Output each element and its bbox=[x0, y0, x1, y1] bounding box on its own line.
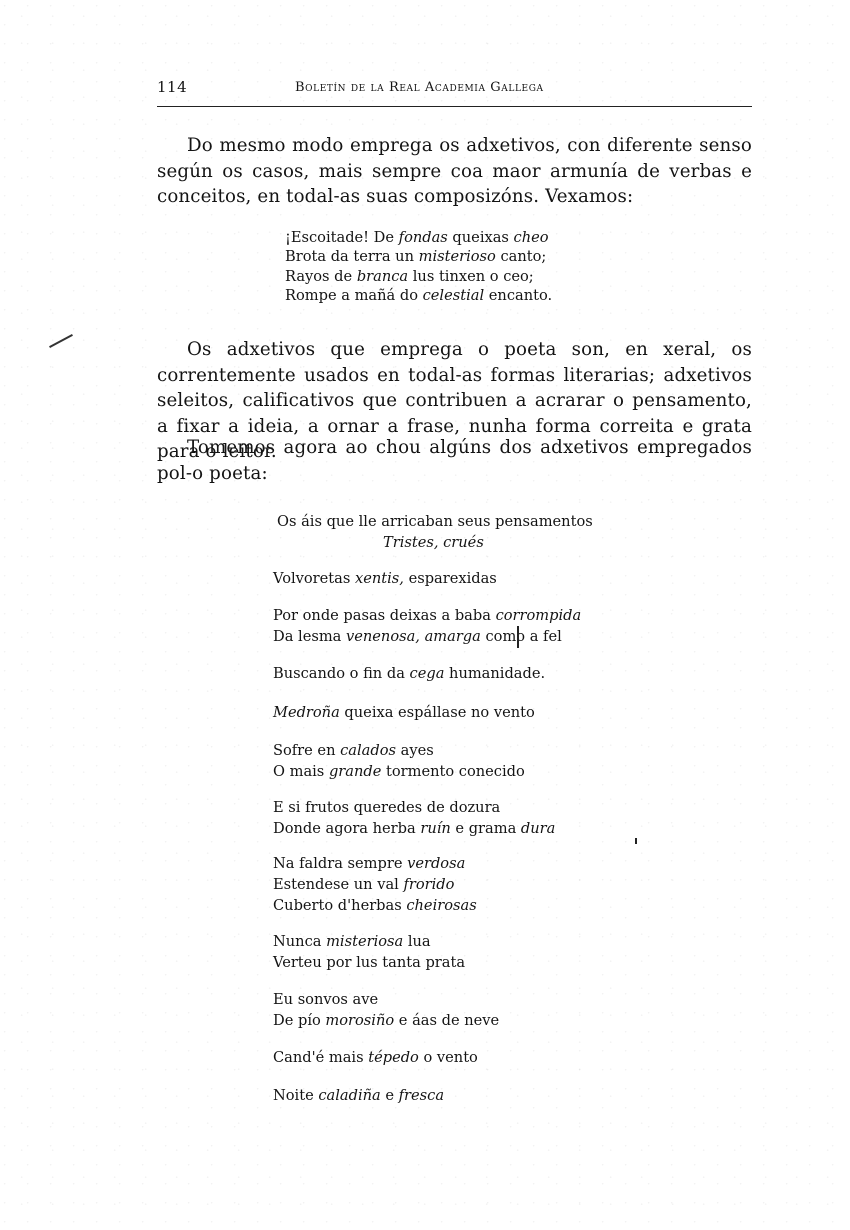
verse-line: Estendese un val frorido bbox=[273, 874, 477, 895]
highlighted-adjective: verdosa bbox=[407, 855, 465, 872]
highlighted-adjective: caladiña bbox=[318, 1087, 380, 1104]
verse-line: Noite caladiña e fresca bbox=[273, 1085, 444, 1106]
verse-text: E si frutos queredes de dozura bbox=[273, 799, 500, 816]
quotation-block: Nunca misteriosa luaVerteu por lus tanta… bbox=[273, 931, 465, 973]
verse-text: e grama bbox=[451, 820, 521, 837]
highlighted-adjective: Tristes, crués bbox=[383, 534, 484, 551]
verse-text: Volvoretas bbox=[273, 570, 355, 587]
quotation-block: Eu sonvos aveDe pío morosiño e áas de ne… bbox=[273, 989, 499, 1031]
verse-line: O mais grande tormento conecido bbox=[273, 761, 525, 782]
highlighted-adjective: corrompida bbox=[496, 607, 582, 624]
highlighted-adjective: cheo bbox=[514, 229, 549, 246]
ink-stroke-mark bbox=[517, 626, 519, 648]
verse-line: Verteu por lus tanta prata bbox=[273, 952, 465, 973]
verse-text: canto; bbox=[496, 248, 546, 265]
highlighted-adjective: branca bbox=[357, 268, 408, 285]
verse-text: Por onde pasas deixas a baba bbox=[273, 607, 496, 624]
quotation-block: Sofre en calados ayesO mais grande torme… bbox=[273, 740, 525, 782]
running-head: 114 Boletín de la Real Academia Gallega bbox=[157, 78, 752, 100]
highlighted-adjective: ruín bbox=[420, 820, 450, 837]
highlighted-adjective: misterioso bbox=[419, 248, 496, 265]
verse-text: lus tinxen o ceo; bbox=[408, 268, 534, 285]
verse-text: ayes bbox=[396, 742, 434, 759]
highlighted-adjective: frorido bbox=[403, 876, 454, 893]
verse-text: Buscando o fin da bbox=[273, 665, 410, 682]
verse-line: Tristes, crués bbox=[277, 532, 593, 553]
verse-text: Brota da terra un bbox=[285, 248, 419, 265]
verse-text: queixa espállase no vento bbox=[340, 704, 535, 721]
scanned-page: 114 Boletín de la Real Academia Gallega … bbox=[0, 0, 850, 1230]
verse-text: Sofre en bbox=[273, 742, 340, 759]
verse-text: e bbox=[381, 1087, 399, 1104]
quotation-block: Buscando o fin da cega humanidade. bbox=[273, 663, 545, 684]
verse-text: tormento conecido bbox=[381, 763, 524, 780]
verse-line: Os áis que lle arricaban seus pensamento… bbox=[277, 511, 593, 532]
verse-text: Estendese un val bbox=[273, 876, 403, 893]
highlighted-adjective: grande bbox=[329, 763, 381, 780]
highlighted-adjective: fresca bbox=[399, 1087, 444, 1104]
paragraph-text: Tomemos agora ao chou algúns dos adxetiv… bbox=[157, 435, 752, 486]
quotation-block: Volvoretas xentis, esparexidas bbox=[273, 568, 497, 589]
verse-line: Da lesma venenosa, amarga como a fel bbox=[273, 626, 581, 647]
verse-text: Donde agora herba bbox=[273, 820, 420, 837]
verse-text: humanidade. bbox=[444, 665, 545, 682]
verse-text: encanto. bbox=[484, 287, 552, 304]
quotation-block: Na faldra sempre verdosaEstendese un val… bbox=[273, 853, 477, 916]
verse-text: Na faldra sempre bbox=[273, 855, 407, 872]
verse-text: o vento bbox=[419, 1049, 478, 1066]
quotation-block: Cand'é mais tépedo o vento bbox=[273, 1047, 478, 1068]
verse-text: Cuberto d'herbas bbox=[273, 897, 406, 914]
verse-line: Sofre en calados ayes bbox=[273, 740, 525, 761]
verse-line: Rompe a mañá do celestial encanto. bbox=[285, 286, 552, 305]
verse-line: Rayos de branca lus tinxen o ceo; bbox=[285, 267, 552, 286]
paragraph-examples-intro: Tomemos agora ao chou algúns dos adxetiv… bbox=[157, 435, 752, 486]
margin-pen-mark bbox=[49, 334, 73, 348]
verse-line: ¡Escoitade! De fondas queixas cheo bbox=[285, 228, 552, 247]
verse-line: Eu sonvos ave bbox=[273, 989, 499, 1010]
highlighted-adjective: calados bbox=[340, 742, 396, 759]
verse-text: Da lesma bbox=[273, 628, 346, 645]
verse-text: Cand'é mais bbox=[273, 1049, 368, 1066]
highlighted-adjective: dura bbox=[521, 820, 555, 837]
highlighted-adjective: Medroña bbox=[273, 704, 340, 721]
paragraph-text: Do mesmo modo emprega os adxetivos, con … bbox=[157, 133, 752, 210]
verse-text: Rayos de bbox=[285, 268, 357, 285]
highlighted-adjective: cega bbox=[410, 665, 445, 682]
quotation-block: Por onde pasas deixas a baba corrompidaD… bbox=[273, 605, 581, 647]
page-number: 114 bbox=[157, 78, 187, 96]
verse-line: Cand'é mais tépedo o vento bbox=[273, 1047, 478, 1068]
highlighted-adjective: morosiño bbox=[325, 1012, 394, 1029]
verse-text: Nunca bbox=[273, 933, 326, 950]
highlighted-adjective: celestial bbox=[423, 287, 485, 304]
highlighted-adjective: tépedo bbox=[368, 1049, 419, 1066]
verse-line: Buscando o fin da cega humanidade. bbox=[273, 663, 545, 684]
verse-text: esparexidas bbox=[404, 570, 497, 587]
quotation-block: Noite caladiña e fresca bbox=[273, 1085, 444, 1106]
verse-text: como a fel bbox=[481, 628, 562, 645]
verse-text: Noite bbox=[273, 1087, 318, 1104]
verse-line: Por onde pasas deixas a baba corrompida bbox=[273, 605, 581, 626]
highlighted-adjective: misteriosa bbox=[326, 933, 403, 950]
highlighted-adjective: cheirosas bbox=[406, 897, 476, 914]
verse-line: Volvoretas xentis, esparexidas bbox=[273, 568, 497, 589]
verse-text: O mais bbox=[273, 763, 329, 780]
verse-text: lua bbox=[403, 933, 430, 950]
highlighted-adjective: venenosa, amarga bbox=[346, 628, 481, 645]
paragraph-intro: Do mesmo modo emprega os adxetivos, con … bbox=[157, 133, 752, 210]
highlighted-adjective: fondas bbox=[399, 229, 448, 246]
verse-text: queixas bbox=[448, 229, 514, 246]
verse-line: Cuberto d'herbas cheirosas bbox=[273, 895, 477, 916]
quotation-block: Os áis que lle arricaban seus pensamento… bbox=[277, 511, 593, 553]
verse-quotation: ¡Escoitade! De fondas queixas cheoBrota … bbox=[285, 228, 552, 306]
verse-line: Donde agora herba ruín e grama dura bbox=[273, 818, 555, 839]
verse-line: Medroña queixa espállase no vento bbox=[273, 702, 535, 723]
verse-text: Verteu por lus tanta prata bbox=[273, 954, 465, 971]
verse-text: Rompe a mañá do bbox=[285, 287, 423, 304]
verse-line: E si frutos queredes de dozura bbox=[273, 797, 555, 818]
quotation-block: Medroña queixa espállase no vento bbox=[273, 702, 535, 723]
journal-title: Boletín de la Real Academia Gallega bbox=[295, 80, 544, 95]
verse-line: De pío morosiño e áas de neve bbox=[273, 1010, 499, 1031]
highlighted-adjective: xentis, bbox=[355, 570, 404, 587]
verse-text: Os áis que lle arricaban seus pensamento… bbox=[277, 513, 593, 530]
verse-text: ¡Escoitade! De bbox=[285, 229, 399, 246]
verse-text: De pío bbox=[273, 1012, 325, 1029]
verse-text: e áas de neve bbox=[394, 1012, 499, 1029]
verse-line: Nunca misteriosa lua bbox=[273, 931, 465, 952]
header-rule bbox=[157, 106, 752, 107]
verse-text: Eu sonvos ave bbox=[273, 991, 378, 1008]
quotation-block: E si frutos queredes de dozuraDonde agor… bbox=[273, 797, 555, 839]
verse-line: Brota da terra un misterioso canto; bbox=[285, 247, 552, 266]
verse-line: Na faldra sempre verdosa bbox=[273, 853, 477, 874]
ink-dot-mark bbox=[635, 838, 637, 844]
